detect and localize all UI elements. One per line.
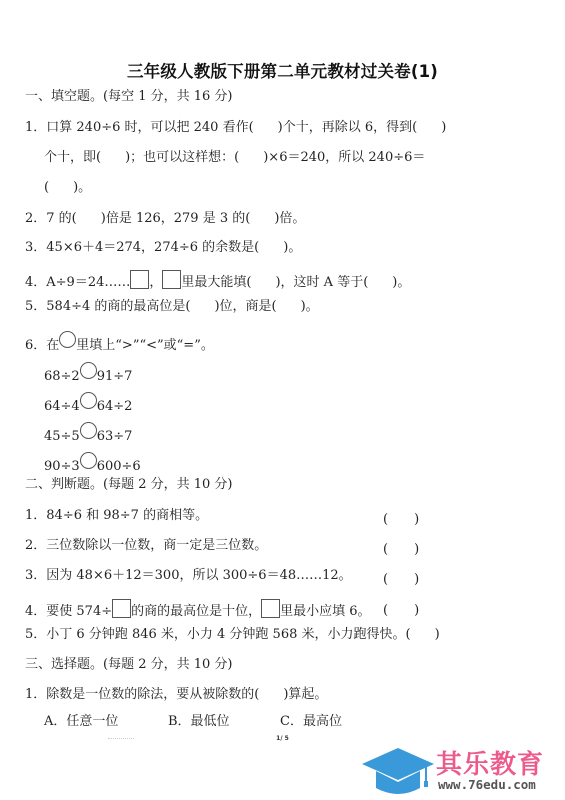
choice-question-1: 1．除数是一位数的除法，要从被除数的()算起。 — [25, 687, 327, 703]
q1-text: )；也可以这样想：( — [125, 150, 239, 165]
c1-text: 1．除数是一位数的除法，要从被除数的( — [25, 687, 259, 702]
q6-text: 里填上“>”“<”或“=”。 — [76, 338, 214, 353]
q1-text: ) — [441, 120, 446, 135]
section-2-heading: 二、判断题。(每题 2 分，共 10 分) — [25, 477, 233, 493]
judge-question-4: 4．要使 574÷的商的最高位是十位，里最小应填 6。 — [25, 599, 371, 620]
compare-left: 68÷2 — [44, 369, 80, 384]
j4-text: 的商的最高位是十位， — [131, 604, 261, 619]
q1-text: ( — [44, 180, 49, 195]
worksheet-page: 三年级人教版下册第二单元教材过关卷(1) 一、填空题。(每空 1 分，共 16 … — [0, 0, 565, 800]
compare-row: 68÷291÷7 — [44, 362, 132, 385]
j5-text: 5．小丁 6 分钟跑 846 米，小力 4 分钟跑 568 米，小力跑得快。( — [25, 627, 411, 642]
question-1-line-2: 个十，即()；也可以这样想：()×6＝240，所以 240÷6＝ — [44, 150, 425, 166]
compare-right: 600÷6 — [97, 459, 141, 474]
graduation-cap-icon — [362, 744, 434, 798]
answer-paren[interactable]: ( ) — [383, 599, 419, 618]
answer-paren[interactable]: ( ) — [383, 568, 419, 587]
compare-row: 90÷3600÷6 — [44, 452, 141, 475]
q1-text: )个十，再除以 6，得到( — [278, 120, 418, 135]
q1-text: 1．口算 240÷6 时，可以把 240 看作( — [25, 120, 254, 135]
q2-text: )倍。 — [274, 211, 305, 226]
j4-text: 里最小应填 6。 — [280, 604, 370, 619]
judge-question-2: 2．三位数除以一位数，商一定是三位数。 — [25, 538, 267, 554]
compare-row: 64÷464÷2 — [44, 392, 132, 415]
q4-text: )。 — [392, 275, 410, 290]
compare-row: 45÷563÷7 — [44, 422, 132, 445]
judge-question-1: 1．84÷6 和 98÷7 的商相等。 — [25, 508, 208, 524]
j5-text: ) — [435, 627, 440, 642]
q4-text: 里最大能填( — [181, 275, 251, 290]
circle-answer-icon[interactable] — [80, 422, 97, 439]
compare-right: 91÷7 — [97, 369, 133, 384]
compare-right: 63÷7 — [97, 429, 133, 444]
question-2: 2．7 的()倍是 126，279 是 3 的()倍。 — [25, 211, 305, 227]
brand-logo: 其乐教育 www.76edu.com — [362, 744, 562, 798]
q1-text: 个十，即( — [44, 150, 101, 165]
q3-text: )。 — [283, 240, 301, 255]
q4-text: 4．A÷9＝24…… — [25, 275, 130, 290]
q5-text: )位，商是( — [214, 299, 276, 314]
circle-answer-icon[interactable] — [80, 362, 97, 379]
q3-text: 3．45×6＋4＝274，274÷6 的余数是( — [25, 240, 259, 255]
choice-option-c[interactable]: C．最高位 — [280, 714, 342, 730]
q2-text: 2．7 的( — [25, 211, 77, 226]
q4-text: ， — [149, 275, 162, 290]
question-3: 3．45×6＋4＝274，274÷6 的余数是()。 — [25, 240, 301, 256]
choice-option-a[interactable]: A．任意一位 — [44, 714, 118, 730]
page-number: 1/ 5 — [0, 735, 565, 742]
square-box-icon[interactable] — [112, 599, 131, 618]
c1-text: )算起。 — [283, 687, 327, 702]
question-1-line-3: ()。 — [44, 180, 91, 196]
answer-paren[interactable]: ( ) — [383, 508, 419, 527]
question-4: 4．A÷9＝24……，里最大能填()，这时 A 等于()。 — [25, 270, 410, 291]
q4-text: )，这时 A 等于( — [275, 275, 368, 290]
question-1-line-1: 1．口算 240÷6 时，可以把 240 看作()个十，再除以 6，得到() — [25, 120, 446, 136]
judge-question-5: 5．小丁 6 分钟跑 846 米，小力 4 分钟跑 568 米，小力跑得快。() — [25, 627, 440, 643]
q5-text: 5．584÷4 的商的最高位是( — [25, 299, 190, 314]
circle-icon — [59, 331, 76, 348]
q2-text: )倍是 126，279 是 3 的( — [101, 211, 251, 226]
compare-right: 64÷2 — [97, 399, 133, 414]
judge-question-3: 3．因为 48×6＋12＝300，所以 300÷6＝48……12。 — [25, 568, 352, 584]
j4-text: 4．要使 574÷ — [25, 604, 112, 619]
question-6: 6．在里填上“>”“<”或“=”。 — [25, 331, 214, 354]
page-title: 三年级人教版下册第二单元教材过关卷(1) — [0, 58, 565, 82]
circle-answer-icon[interactable] — [80, 452, 97, 469]
compare-left: 64÷4 — [44, 399, 80, 414]
brand-url[interactable]: www.76edu.com — [438, 777, 536, 792]
section-1-heading: 一、填空题。(每空 1 分，共 16 分) — [25, 89, 233, 105]
question-5: 5．584÷4 的商的最高位是()位，商是()。 — [25, 299, 319, 315]
choice-option-b[interactable]: B．最低位 — [168, 714, 230, 730]
section-3-heading: 三、选择题。(每题 2 分，共 10 分) — [25, 657, 233, 673]
circle-answer-icon[interactable] — [80, 392, 97, 409]
square-box-icon[interactable] — [162, 270, 181, 289]
q5-text: )。 — [301, 299, 319, 314]
compare-left: 90÷3 — [44, 459, 80, 474]
square-box-icon[interactable] — [130, 270, 149, 289]
compare-left: 45÷5 — [44, 429, 80, 444]
brand-name: 其乐教育 — [436, 744, 544, 781]
square-box-icon[interactable] — [261, 599, 280, 618]
q6-text: 6．在 — [25, 338, 59, 353]
q1-text: )。 — [73, 180, 91, 195]
q1-text: )×6＝240，所以 240÷6＝ — [263, 150, 425, 165]
answer-paren[interactable]: ( ) — [383, 538, 419, 557]
